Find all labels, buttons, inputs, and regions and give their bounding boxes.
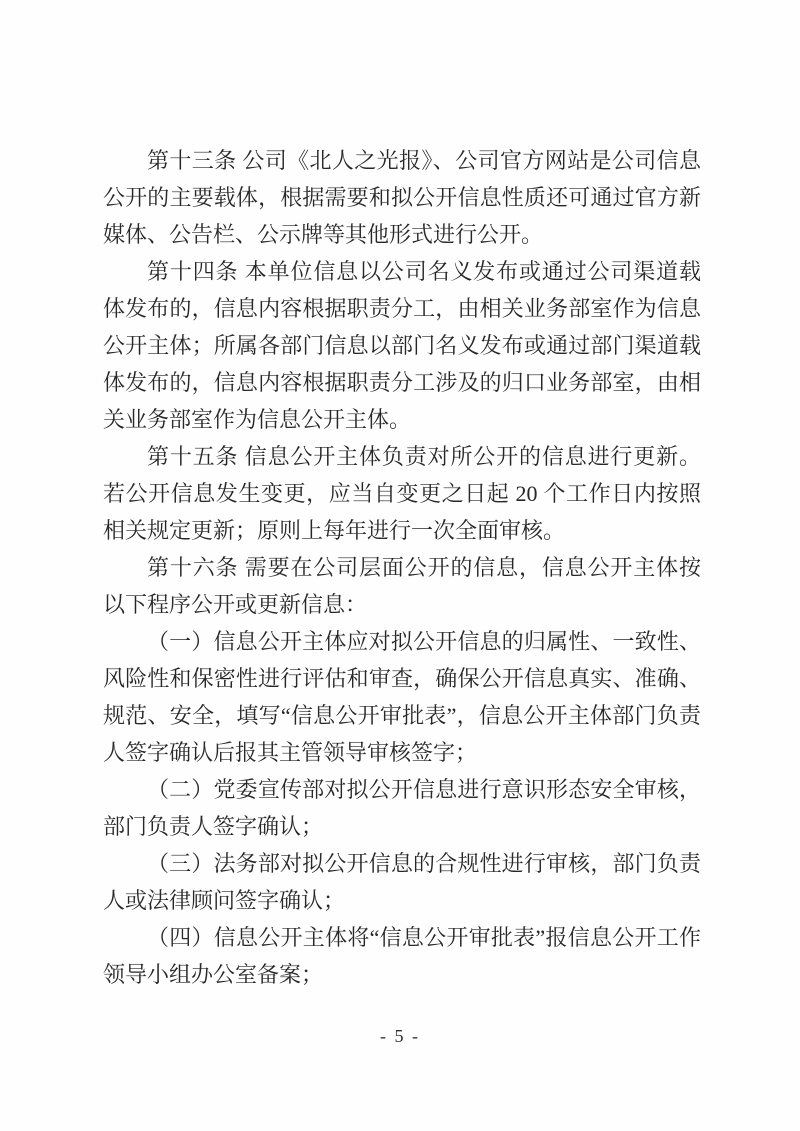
paragraph-article-14: 第十四条 本单位信息以公司名义发布或通过公司渠道载体发布的，信息内容根据职责分工…	[103, 253, 701, 438]
paragraph-article-16: 第十六条 需要在公司层面公开的信息，信息公开主体按以下程序公开或更新信息：	[103, 549, 701, 623]
page-number: - 5 -	[380, 1026, 420, 1046]
paragraph-item-3: （三）法务部对拟公开信息的合规性进行审核，部门负责人或法律顾问签字确认；	[103, 845, 701, 919]
paragraph-article-15: 第十五条 信息公开主体负责对所公开的信息进行更新。若公开信息发生变更，应当自变更…	[103, 438, 701, 549]
document-body: 第十三条 公司《北人之光报》、公司官方网站是公司信息公开的主要载体，根据需要和拟…	[103, 142, 701, 993]
paragraph-item-4: （四）信息公开主体将“信息公开审批表”报信息公开工作领导小组办公室备案；	[103, 919, 701, 993]
paragraph-article-13: 第十三条 公司《北人之光报》、公司官方网站是公司信息公开的主要载体，根据需要和拟…	[103, 142, 701, 253]
paragraph-item-1: （一）信息公开主体应对拟公开信息的归属性、一致性、风险性和保密性进行评估和审查，…	[103, 623, 701, 771]
document-page: 第十三条 公司《北人之光报》、公司官方网站是公司信息公开的主要载体，根据需要和拟…	[0, 0, 800, 1131]
paragraph-item-2: （二）党委宣传部对拟公开信息进行意识形态安全审核，部门负责人签字确认；	[103, 771, 701, 845]
page-footer: - 5 -	[0, 1026, 800, 1047]
